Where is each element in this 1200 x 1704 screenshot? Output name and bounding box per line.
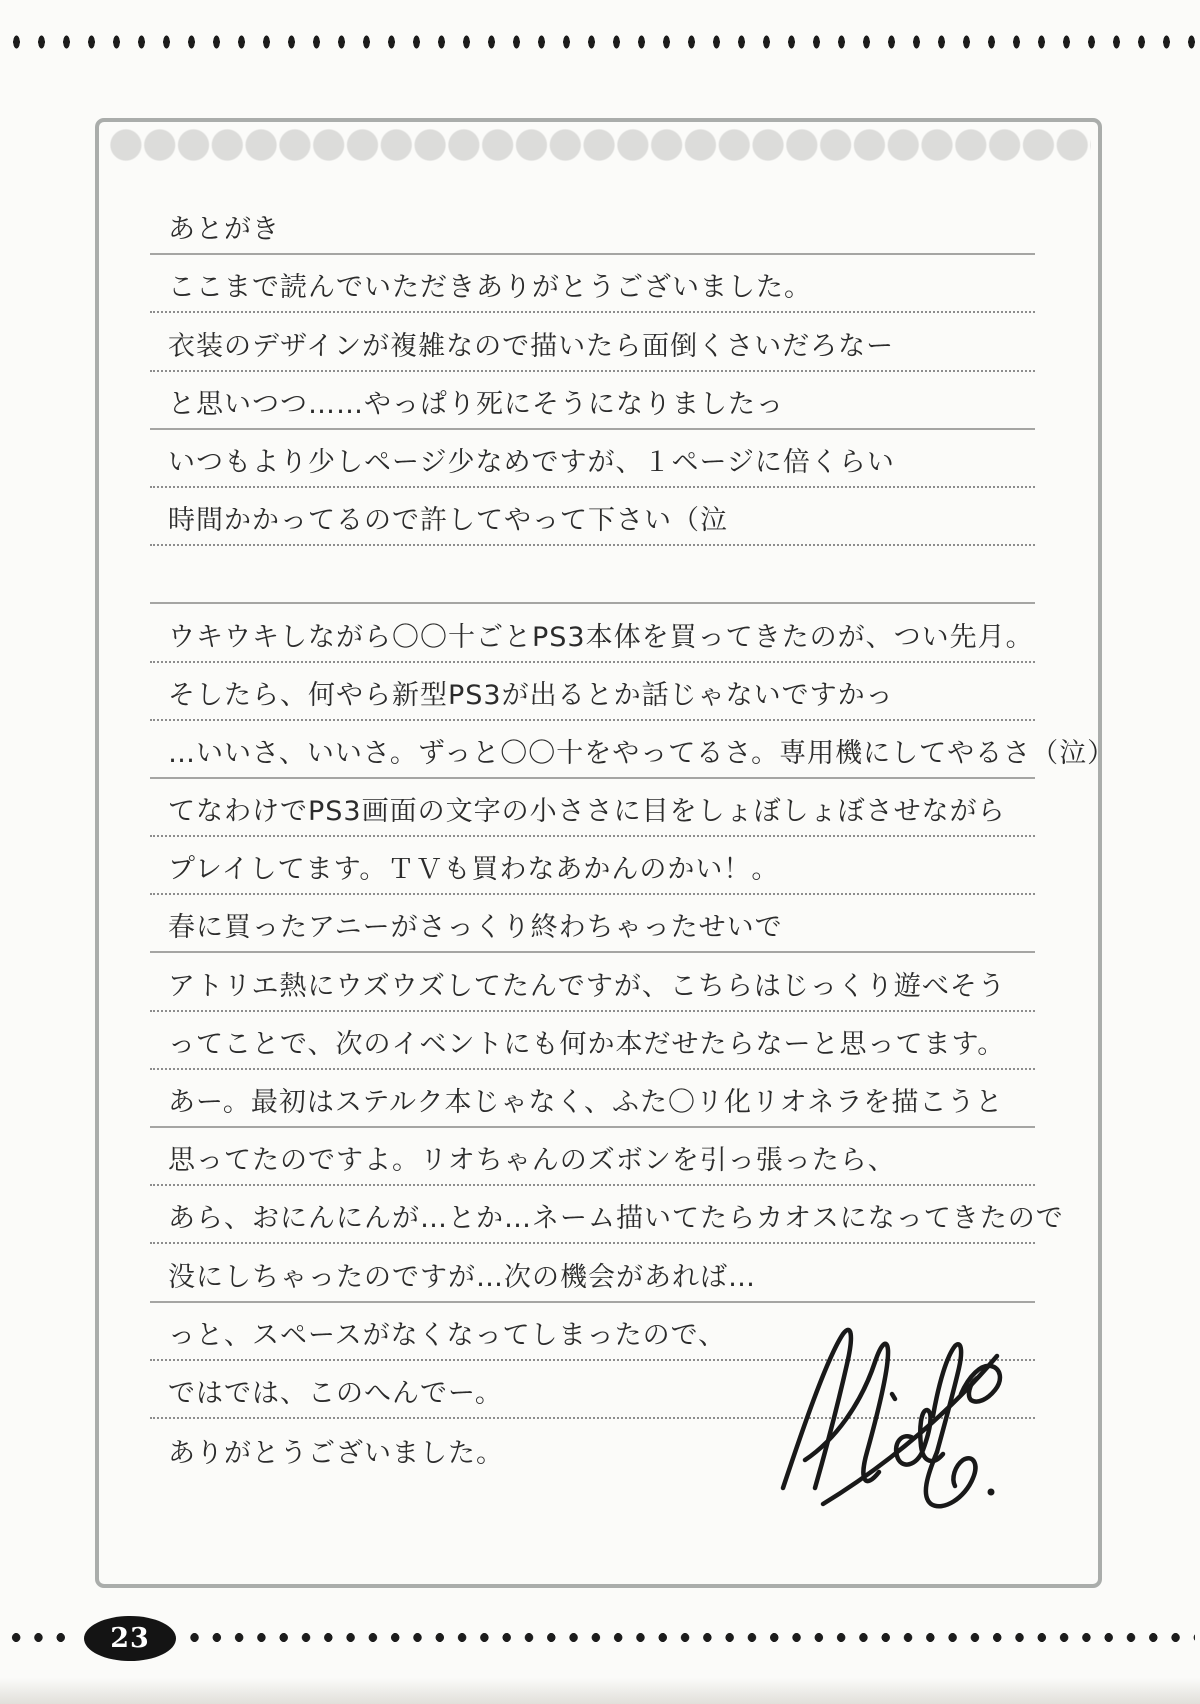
handwritten-line: 春に買ったアニーがさっくり終わちゃったせいで [150, 895, 1035, 953]
artist-signature-hideyu [775, 1320, 1010, 1515]
line-text: 衣装のデザインが複雑なので描いたら面倒くさいだろなー [168, 333, 894, 360]
line-text: あとがき [168, 216, 280, 243]
line-text: 時間かかってるので許してやって下さい（泣 [168, 507, 728, 534]
line-text: ってことで、次のイベントにも何か本だせたらなーと思ってます。 [168, 1031, 1005, 1058]
page-frame: あとがきここまで読んでいただきありがとうございました。衣装のデザインが複雑なので… [95, 118, 1102, 1588]
line-text: …いいさ、いいさ。ずっと〇〇十をやってるさ。専用機にしてやるさ（泣） [168, 740, 1115, 767]
handwritten-line: あら、おにんにんが…とか…ネーム描いてたらカオスになってきたので [150, 1186, 1035, 1244]
handwritten-line [150, 546, 1035, 604]
line-text: あら、おにんにんが…とか…ネーム描いてたらカオスになってきたので [168, 1205, 1064, 1232]
signature-period-dot [988, 1489, 995, 1496]
handwritten-line: てなわけでPS3画面の文字の小ささに目をしょぼしょぼさせながら [150, 779, 1035, 837]
scan-shadow-bottom-edge [0, 1678, 1200, 1704]
handwritten-line: 思ってたのですよ。リオちゃんのズボンを引っ張ったら、 [150, 1128, 1035, 1186]
line-text: ウキウキしながら〇〇十ごとPS3本体を買ってきたのが、つい先月。 [168, 624, 1034, 651]
handwritten-line: そしたら、何やら新型PS3が出るとか話じゃないですかっ [150, 663, 1035, 721]
handwritten-line: いつもより少しページ少なめですが、１ページに倍くらい [150, 430, 1035, 488]
handwritten-line: と思いつつ……やっぱり死にそうになりましたっ [150, 372, 1035, 430]
signature-stroke [961, 1366, 1000, 1402]
signature-stroke [892, 1394, 895, 1399]
handwritten-line: …いいさ、いいさ。ずっと〇〇十をやってるさ。専用機にしてやるさ（泣） [150, 721, 1035, 779]
dotted-border-bottom [5, 1629, 1195, 1646]
line-text: そしたら、何やら新型PS3が出るとか話じゃないですかっ [168, 682, 894, 709]
page-number-badge: 23 [84, 1616, 176, 1661]
handwritten-line: 衣装のデザインが複雑なので描いたら面倒くさいだろなー [150, 313, 1035, 371]
signature-stroke [783, 1330, 851, 1488]
line-text: あー。最初はステルク本じゃなく、ふた〇リ化リオネラを描こうと [168, 1089, 1003, 1116]
line-text: と思いつつ……やっぱり死にそうになりましたっ [168, 391, 784, 418]
handwritten-line: ここまで読んでいただきありがとうございました。 [150, 255, 1035, 313]
handwritten-line: あー。最初はステルク本じゃなく、ふた〇リ化リオネラを描こうと [150, 1070, 1035, 1128]
handwritten-line: アトリエ熱にウズウズしてたんですが、こちらはじっくり遊べそう [150, 953, 1035, 1011]
handwritten-line: プレイしてます。ＴＶも買わなあかんのかい！。 [150, 837, 1035, 895]
handwritten-line: 没にしちゃったのですが…次の機会があれば… [150, 1244, 1035, 1302]
handwritten-line: 時間かかってるので許してやって下さい（泣 [150, 488, 1035, 546]
line-text: プレイしてます。ＴＶも買わなあかんのかい！。 [168, 856, 779, 883]
signature-stroke [926, 1452, 976, 1506]
handwritten-line: ってことで、次のイベントにも何か本だせたらなーと思ってます。 [150, 1012, 1035, 1070]
line-text: ありがとうございました。 [168, 1440, 504, 1467]
afterword-text-block: あとがきここまで読んでいただきありがとうございました。衣装のデザインが複雑なので… [150, 197, 1035, 1477]
line-text: 没にしちゃったのですが…次の機会があれば… [168, 1264, 756, 1291]
line-text: 思ってたのですよ。リオちゃんのズボンを引っ張ったら、 [168, 1147, 896, 1174]
dotted-border-top [4, 33, 1196, 51]
line-text: ここまで読んでいただきありがとうございました。 [168, 274, 812, 301]
line-text: てなわけでPS3画面の文字の小ささに目をしょぼしょぼさせながら [168, 798, 1006, 825]
line-text: いつもより少しページ少なめですが、１ページに倍くらい [168, 449, 895, 476]
handwritten-line: ウキウキしながら〇〇十ごとPS3本体を買ってきたのが、つい先月。 [150, 604, 1035, 662]
line-text: ではでは、このへんでー。 [168, 1380, 503, 1407]
line-text: アトリエ熱にウズウズしてたんですが、こちらはじっくり遊べそう [168, 973, 1006, 1000]
afterword-heading-line: あとがき [150, 197, 1035, 255]
page-number: 23 [110, 1623, 150, 1654]
line-text: 春に買ったアニーがさっくり終わちゃったせいで [168, 914, 783, 941]
line-text: っと、スペースがなくなってしまったので、 [168, 1322, 726, 1349]
decorative-circles-row [109, 128, 1091, 162]
